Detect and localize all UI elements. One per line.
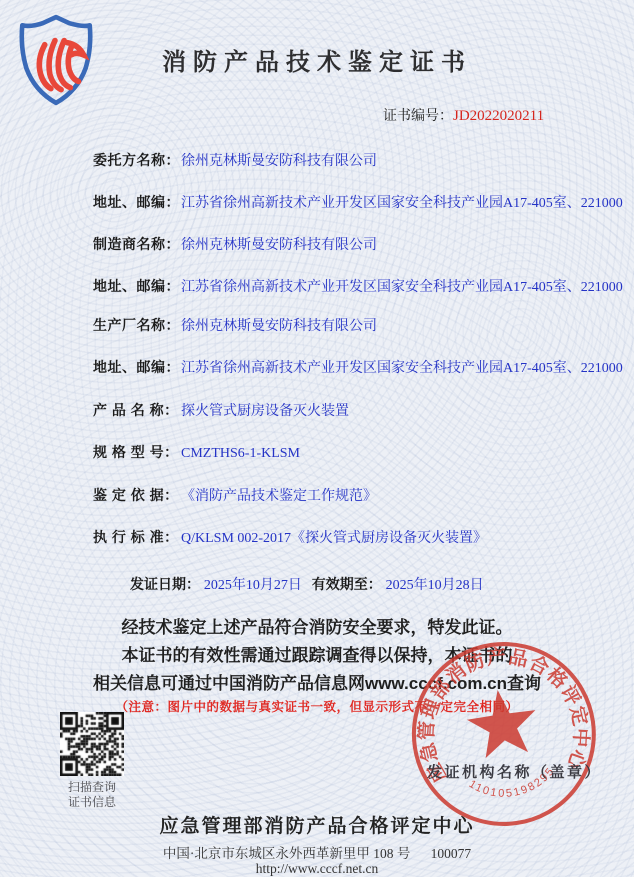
issue-date-label: 发证日期： <box>130 576 200 592</box>
field-row-factory: 生产厂名称：徐州克林斯曼安防科技有限公司 <box>93 315 377 335</box>
certificate-number-value: JD2022020211 <box>453 108 544 124</box>
seal-caption: 发证机构名称（盖章） <box>427 761 602 782</box>
field-label: 地址、邮编： <box>93 357 181 377</box>
field-value: 徐州克林斯曼安防科技有限公司 <box>181 319 377 334</box>
certificate-number-label: 证书编号： <box>383 107 453 123</box>
field-row-product-name: 产 品 名 称：探火管式厨房设备灭火装置 <box>93 400 349 420</box>
field-row-applicant-address: 地址、邮编：江苏省徐州高新技术产业开发区国家安全科技产业园A17-405室、22… <box>93 192 623 212</box>
qr-caption: 扫描查询 证书信息 <box>54 780 130 810</box>
field-label: 地址、邮编： <box>93 276 181 296</box>
field-value: 江苏省徐州高新技术产业开发区国家安全科技产业园A17-405室、221000 <box>181 361 623 376</box>
field-label: 制造商名称： <box>93 234 181 254</box>
qr-caption-line2: 证书信息 <box>54 795 130 810</box>
field-label: 执 行 标 准： <box>93 527 181 547</box>
field-label: 地址、邮编： <box>93 192 181 212</box>
field-value: 徐州克林斯曼安防科技有限公司 <box>181 238 377 253</box>
field-value: CMZTHS6-1-KLSM <box>181 446 300 461</box>
valid-until-label: 有效期至： <box>312 576 382 592</box>
seal-star-icon <box>463 685 541 760</box>
qr-caption-line1: 扫描查询 <box>54 780 130 795</box>
field-row-manufacturer-address: 地址、邮编：江苏省徐州高新技术产业开发区国家安全科技产业园A17-405室、22… <box>93 276 623 296</box>
certificate-page: 消防产品技术鉴定证书 证书编号：JD2022020211 委托方名称：徐州克林斯… <box>0 0 634 877</box>
field-row-applicant: 委托方名称：徐州克林斯曼安防科技有限公司 <box>93 150 377 170</box>
organization-address: 中国·北京市东城区永外西革新里甲 108 号 100077 <box>0 842 634 862</box>
organization-url: http://www.cccf.net.cn <box>0 861 634 877</box>
field-value: 《消防产品技术鉴定工作规范》 <box>181 489 377 504</box>
field-row-factory-address: 地址、邮编：江苏省徐州高新技术产业开发区国家安全科技产业园A17-405室、22… <box>93 357 623 377</box>
field-label: 生产厂名称： <box>93 315 181 335</box>
field-value: Q/KLSM 002-2017《探火管式厨房设备灭火装置》 <box>181 531 487 546</box>
issue-date-value: 2025年10月27日 <box>204 578 302 593</box>
certificate-title: 消防产品技术鉴定证书 <box>0 42 634 77</box>
field-row-standard: 执 行 标 准：Q/KLSM 002-2017《探火管式厨房设备灭火装置》 <box>93 527 487 547</box>
field-row-model: 规 格 型 号：CMZTHS6-1-KLSM <box>93 442 300 462</box>
field-label: 鉴 定 依 据： <box>93 485 181 505</box>
field-row-appraisal-basis: 鉴 定 依 据：《消防产品技术鉴定工作规范》 <box>93 485 377 505</box>
issuing-organization: 应急管理部消防产品合格评定中心 <box>0 811 634 838</box>
field-value: 徐州克林斯曼安防科技有限公司 <box>181 154 377 169</box>
date-row: 发证日期： 2025年10月27日 有效期至： 2025年10月28日 <box>130 574 490 594</box>
qr-block: 扫描查询 证书信息 <box>54 712 130 810</box>
field-value: 江苏省徐州高新技术产业开发区国家安全科技产业园A17-405室、221000 <box>181 280 623 295</box>
qr-code <box>60 712 124 776</box>
certificate-number-row: 证书编号：JD2022020211 <box>383 105 544 125</box>
field-row-manufacturer: 制造商名称：徐州克林斯曼安防科技有限公司 <box>93 234 377 254</box>
field-label: 委托方名称： <box>93 150 181 170</box>
valid-until-value: 2025年10月28日 <box>386 578 484 593</box>
field-value: 江苏省徐州高新技术产业开发区国家安全科技产业园A17-405室、221000 <box>181 196 623 211</box>
field-label: 规 格 型 号： <box>93 442 181 462</box>
field-label: 产 品 名 称： <box>93 400 181 420</box>
field-value: 探火管式厨房设备灭火装置 <box>181 404 349 419</box>
